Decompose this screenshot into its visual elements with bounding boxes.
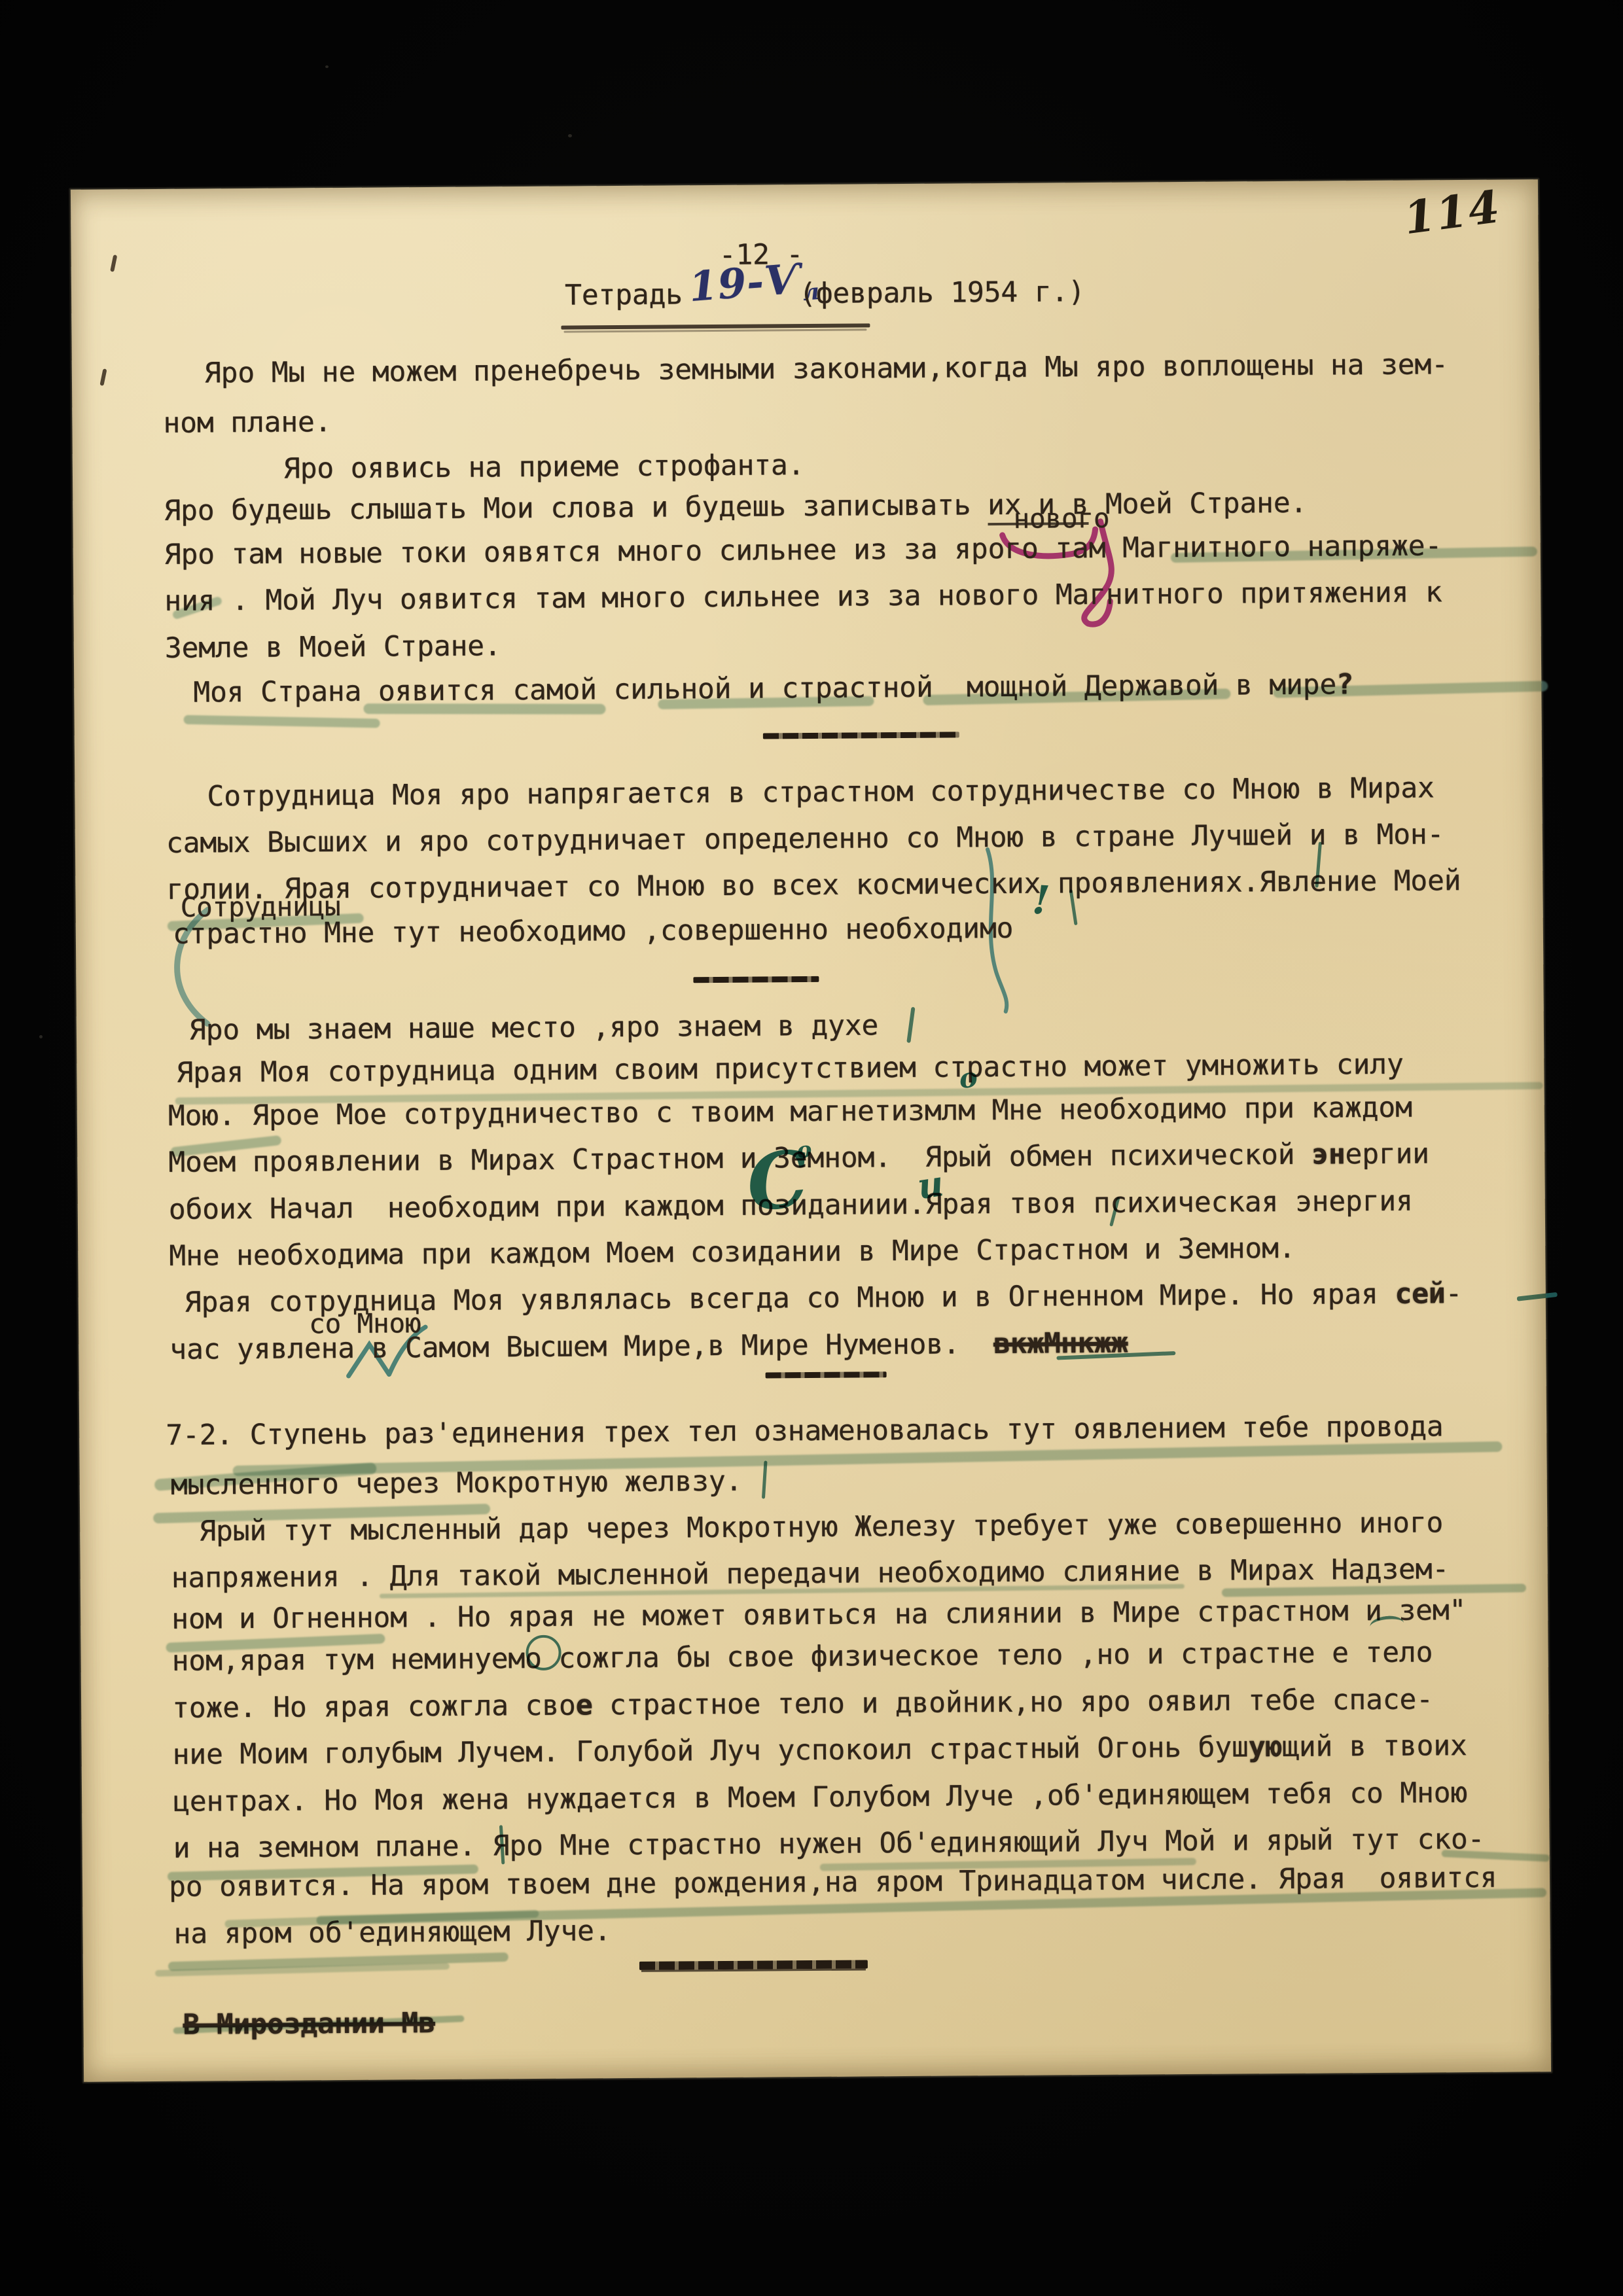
notebook-label: Тетрадь — [565, 281, 683, 309]
dust-speck — [325, 65, 329, 68]
typescript-segment: центрах. Но Моя жена нуждается в Моем Го… — [173, 1776, 1467, 1818]
typescript-segment: Ярая Моя сотрудница одним своим присутст… — [176, 1048, 1404, 1089]
typescript-line: Яро оявись на приеме строфанта. — [283, 451, 805, 484]
date-label: (февраль 1954 г.) — [799, 278, 1085, 308]
ink-stroke — [906, 1007, 915, 1043]
typescript-segment: и на земном плане. Яро Мне страстно нуже… — [173, 1823, 1484, 1865]
typescript-line: самых Высших и яро сотрудничает определе… — [166, 821, 1444, 858]
ink-letter: и — [915, 1165, 946, 1204]
typescript-segment: Яро будешь слышать Мои слова и будешь за… — [164, 489, 988, 527]
typescript-line: голии. Ярая сотрудничает со Мною во всех… — [166, 867, 1461, 904]
typescript-segment-b: ую — [1248, 1731, 1282, 1763]
typescript-segment: Моем проявлении в Мирах Страстном и Земн… — [168, 1139, 1311, 1179]
section-divider — [763, 732, 959, 739]
typescript-segment: час уявлена в Самом Высшем Мире,в Мире Н… — [169, 1328, 993, 1366]
typescript-line: 7-2. Ступень раз'единения трех тел ознам… — [166, 1413, 1444, 1450]
typescript-segment: Земле в Моей Стране. — [165, 629, 501, 665]
dust-speck — [39, 1035, 43, 1038]
typescript-segment: самых Высших и яро сотрудничает определе… — [166, 818, 1444, 860]
pencil-highlight — [363, 703, 605, 715]
ink-letter: ! — [1031, 881, 1051, 921]
typescript-segment: ние Моим голубым Лучем. Голубой Луч успо… — [172, 1731, 1248, 1771]
section-divider — [766, 1371, 887, 1378]
typescript-line: Сотрудница Моя яро напрягается в страстн… — [207, 774, 1435, 811]
typescript-segment: ния . Мой Луч оявится там много сильнее … — [164, 576, 1442, 618]
typescript-segment-b: эн — [1311, 1138, 1346, 1171]
typescript-segment: Моей Стране. — [1088, 487, 1307, 521]
typescript-line: Ярая Моя сотрудница одним своим присутст… — [176, 1051, 1404, 1087]
typed-insert: нового — [1013, 505, 1109, 533]
pencil-highlight — [1442, 1850, 1550, 1862]
scanned-page: -12 - Тетрадь 19-Ѵл (февраль 1954 г.) 11… — [0, 0, 1623, 2296]
typescript-segment: ергии — [1345, 1137, 1429, 1171]
ink-stroke — [110, 255, 117, 272]
typescript-line: тоже. Но ярая сожгла свое страстное тело… — [172, 1686, 1433, 1722]
typescript-segment: тоже. Но ярая сожгла сво — [172, 1689, 576, 1725]
ink-stroke — [526, 1635, 561, 1670]
typescript-line: ном и Огненном . Но ярая не может оявить… — [171, 1597, 1466, 1634]
typed-insert: со Мною — [309, 1310, 421, 1337]
typescript-segment: голии. Ярая сотрудничает со Мною во всех… — [166, 864, 1461, 906]
typescript-line: центрах. Но Моя жена нуждается в Моем Го… — [173, 1779, 1467, 1816]
typescript-segment-b: сей — [1395, 1277, 1445, 1311]
header-underline — [561, 323, 870, 329]
typescript-line: и на земном плане. Яро Мне страстно нуже… — [173, 1826, 1484, 1863]
typescript-line: ния . Мой Луч оявится там много сильнее … — [164, 578, 1442, 616]
typescript-segment: Яро Мы не можем пренебречь земными закон… — [204, 348, 1448, 389]
typescript-segment: Мне необходима при каждом Моем созидании… — [169, 1232, 1295, 1273]
typescript-segment: ном плане. — [163, 406, 331, 440]
typescript-segment: ном и Огненном . Но ярая не может оявить… — [171, 1594, 1466, 1636]
pencil-highlight — [184, 715, 380, 728]
typescript-line: ном плане. — [163, 408, 331, 438]
typescript-segment: страстное тело и двойник,но яро оявил те… — [592, 1683, 1433, 1722]
typescript-line: Яро мы знаем наше место ,яро знаем в дух… — [189, 1012, 878, 1044]
typescript-line: Яро Мы не можем пренебречь земными закон… — [204, 351, 1448, 387]
typescript-segment: Сотрудница Моя яро напрягается в страстн… — [207, 771, 1435, 813]
typescript-segment: Яро мы знаем наше место ,яро знаем в дух… — [189, 1009, 879, 1046]
typescript-segment: - — [1445, 1277, 1462, 1310]
section-divider — [693, 976, 819, 983]
typescript-segment: Яро там новые токи оявятся много сильнее… — [164, 529, 1442, 571]
ink-stroke — [762, 1460, 768, 1498]
ink-letter: о — [796, 1139, 813, 1162]
typescript-segment-b: е — [575, 1689, 592, 1722]
paper: -12 - Тетрадь 19-Ѵл (февраль 1954 г.) 11… — [71, 179, 1551, 2082]
typescript-line: Земле в Моей Стране. — [165, 632, 501, 663]
typescript-line: напряжения . Для такой мысленной передач… — [171, 1555, 1450, 1593]
dust-speck — [568, 134, 572, 137]
typescript-line: Мне необходима при каждом Моем созидании… — [169, 1235, 1295, 1271]
ink-stroke — [99, 368, 107, 386]
ink-letter: о — [957, 1063, 979, 1093]
typescript-line: ние Моим голубым Лучем. Голубой Луч успо… — [172, 1732, 1467, 1769]
typescript-line: Яро там новые токи оявятся много сильнее… — [164, 532, 1442, 569]
handwritten-folio-number: 114 — [1401, 185, 1503, 241]
typescript-line: Яро будешь слышать Мои слова и будешь за… — [164, 489, 1307, 525]
section-divider — [639, 1960, 868, 1969]
typescript-segment: щий в твоих — [1282, 1729, 1467, 1763]
typescript-segment: Яро оявись на приеме строфанта. — [283, 449, 805, 486]
ink-stroke — [1517, 1292, 1558, 1301]
